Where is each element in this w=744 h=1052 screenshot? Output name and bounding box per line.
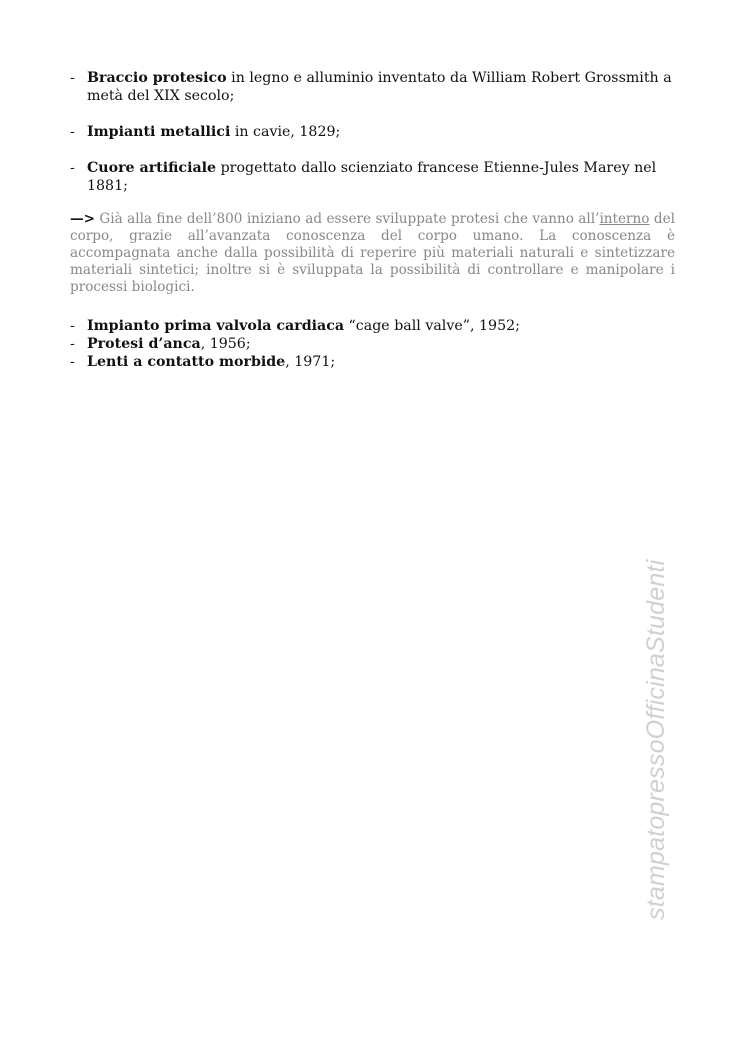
bullet-dash: - — [70, 317, 75, 335]
bullet-dash: - — [70, 159, 75, 177]
underlined-word: interno — [599, 211, 649, 227]
list-item: -Braccio protesico in legno e alluminio … — [70, 69, 680, 105]
list-item-title: Lenti a contatto morbide — [87, 354, 285, 370]
bullet-dash: - — [70, 335, 75, 353]
inventions-list-20th-century: -Impianto prima valvola cardiaca “cage b… — [70, 317, 680, 371]
list-item-text: in cavie, 1829; — [230, 124, 340, 140]
list-item-text: , 1956; — [201, 336, 251, 352]
list-item-title: Braccio protesico — [87, 70, 227, 86]
list-item-title: Cuore artificiale — [87, 160, 216, 176]
list-item: -Impianti metallici in cavie, 1829; — [70, 123, 680, 141]
bullet-dash: - — [70, 353, 75, 371]
print-watermark: stampatopressoOfficinaStudenti — [642, 560, 671, 920]
list-item-title: Impianto prima valvola cardiaca — [87, 318, 344, 334]
list-item-title: Impianti metallici — [87, 124, 230, 140]
list-item: -Cuore artificiale progettato dallo scie… — [70, 159, 680, 195]
bullet-dash: - — [70, 69, 75, 87]
arrow-icon: —> — [70, 211, 95, 227]
list-item: -Lenti a contatto morbide, 1971; — [70, 353, 680, 371]
document-page: -Braccio protesico in legno e alluminio … — [0, 0, 744, 1052]
list-item-text: , 1971; — [285, 354, 335, 370]
list-item: -Impianto prima valvola cardiaca “cage b… — [70, 317, 680, 335]
paragraph-text-before: Già alla fine dell’800 iniziano ad esser… — [95, 211, 599, 227]
list-item-title: Protesi d’anca — [87, 336, 201, 352]
explanatory-paragraph: —> Già alla fine dell’800 iniziano ad es… — [70, 211, 675, 296]
bullet-dash: - — [70, 123, 75, 141]
inventions-list-19th-century: -Braccio protesico in legno e alluminio … — [70, 69, 680, 213]
list-item-text: “cage ball valve”, 1952; — [344, 318, 520, 334]
list-item: -Protesi d’anca, 1956; — [70, 335, 680, 353]
